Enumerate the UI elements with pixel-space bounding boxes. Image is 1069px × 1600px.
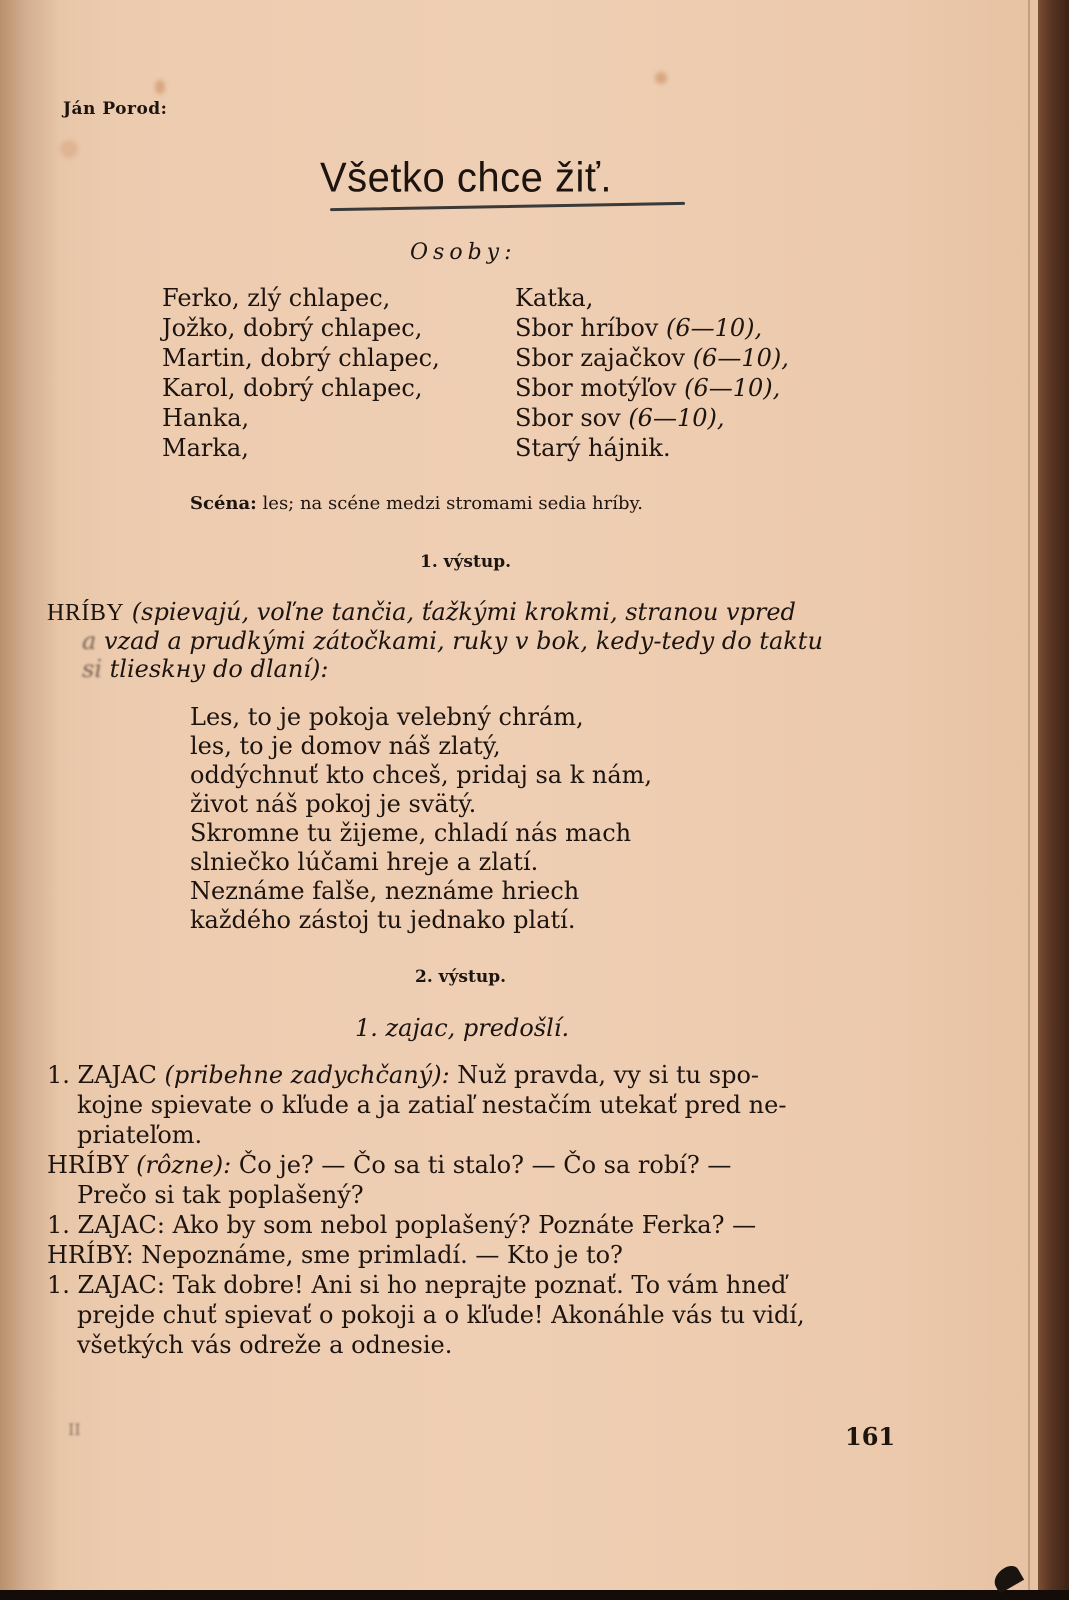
song-line: les, to je domov náš zlatý,: [190, 732, 652, 761]
scene-2-heading: 2. výstup.: [415, 967, 506, 987]
dialog-text: Čo je? — Čo sa ti stalo? — Čo sa robí? —: [231, 1151, 731, 1179]
cast-member: Marka,: [162, 433, 440, 463]
stage-text: tlieskну do dlaní):: [110, 655, 329, 683]
cast-member: Hanka,: [162, 403, 440, 433]
dialog-block: 1. ZAJAC (pribehne zadychčaný): Nuž prav…: [47, 1060, 907, 1360]
cast-member: Sbor hríbov (6—10),: [515, 313, 789, 343]
dialog-text: prejde chuť spievať o pokoji a o kľude! …: [47, 1300, 907, 1330]
cast-member: Karol, dobrý chlapec,: [162, 373, 440, 403]
dialog-entry: 1. ZAJAC: Tak dobre! Ani si ho neprajte …: [47, 1270, 907, 1360]
dialog-text: Nepoznáme, sme primladí. — Kto je to?: [134, 1241, 623, 1269]
scene-text: les; na scéne medzi stromami sedia hríby…: [257, 493, 643, 514]
song-verse: Les, to je pokoja velebný chrám, les, to…: [190, 703, 652, 935]
cast-name: Sbor hríbov: [515, 314, 666, 342]
page-number: 161: [845, 1422, 895, 1451]
page-edge-line: [1028, 0, 1030, 1590]
cast-count: (6—10),: [666, 314, 762, 342]
speaker-name: 1. ZAJAC: [47, 1271, 157, 1299]
dialog-text: Ako by som nebol poplašený? Poznáte Ferk…: [165, 1211, 756, 1239]
cast-count: (6—10),: [628, 404, 724, 432]
cast-name: Sbor zajačkov: [515, 344, 693, 372]
song-line: Skromne tu žijeme, chladí nás mach: [190, 819, 652, 848]
dialog-text: priateľom.: [47, 1120, 907, 1150]
speaker-name: 1. ZAJAC: [47, 1061, 157, 1089]
scene-description: Scéna: les; na scéne medzi stromami sedi…: [190, 493, 643, 514]
colon: :: [157, 1271, 165, 1299]
dialog-entry: HRÍBY (rôzne): Čo je? — Čo sa ti stalo? …: [47, 1150, 907, 1210]
cast-count: (6—10),: [693, 344, 789, 372]
play-title: Všetko chce žiť.: [320, 155, 612, 202]
paper-stain: [60, 140, 78, 158]
speaker-name: HRÍBY: [47, 1151, 129, 1179]
cast-member: Sbor sov (6—10),: [515, 403, 789, 433]
song-line: život náš pokoj je svätý.: [190, 790, 652, 819]
book-page: Ján Porod: Všetko chce žiť. Osoby: Ferko…: [0, 0, 1038, 1590]
colon: :: [157, 1211, 165, 1239]
cast-name: Starý hájnik.: [515, 434, 671, 462]
author-name: Ján Porod:: [63, 99, 167, 119]
blurred-text: si: [82, 655, 110, 683]
stage-direction: (spievajú, voľne tančia, ťažkými krokmi,…: [124, 598, 796, 626]
bottom-shadow: [0, 1590, 1069, 1600]
stage-direction-line: si tlieskну do dlaní):: [47, 655, 907, 683]
dialog-text: Tak dobre! Ani si ho neprajte poznať. To…: [165, 1271, 786, 1299]
cast-list-left: Ferko, zlý chlapec, Jožko, dobrý chlapec…: [162, 283, 440, 463]
dialog-entry: 1. ZAJAC (pribehne zadychčaný): Nuž prav…: [47, 1060, 907, 1150]
cast-list-right: Katka, Sbor hríbov (6—10), Sbor zajačkov…: [515, 283, 789, 463]
cast-name: Sbor sov: [515, 404, 628, 432]
cast-heading: Osoby:: [410, 240, 517, 265]
cast-member: Martin, dobrý chlapec,: [162, 343, 440, 373]
stage-direction: (pribehne zadychčaný):: [157, 1061, 450, 1089]
cast-member: Starý hájnik.: [515, 433, 789, 463]
dialog-text: Nuž pravda, vy si tu spo-: [450, 1061, 759, 1089]
song-line: každého zástoj tu jednako platí.: [190, 906, 652, 935]
speaker-name: 1. ZAJAC: [47, 1211, 157, 1239]
paper-stain: [155, 80, 165, 94]
cast-name: Katka,: [515, 284, 593, 312]
speaker-name: HRÍBY: [47, 600, 124, 626]
book-cover-edge: [1038, 0, 1069, 1600]
stage-text: vzad a prudkými zátočkami, ruky v bok, k…: [104, 627, 823, 655]
scene-label: Scéna:: [190, 493, 257, 514]
stage-direction-line: a vzad a prudkými zátočkami, ruky v bok,…: [47, 627, 907, 655]
song-line: oddýchnuť kto chceš, pridaj sa k nám,: [190, 761, 652, 790]
scene-2-subheading: 1. zajac, predošlí.: [355, 1014, 569, 1042]
song-line: Neznáme falše, neznáme hriech: [190, 877, 652, 906]
dialog-text: všetkých vás odreže a odnesie.: [47, 1330, 907, 1360]
dialog-entry: 1. ZAJAC: Ako by som nebol poplašený? Po…: [47, 1210, 907, 1240]
song-line: slniečko lúčami hreje a zlatí.: [190, 848, 652, 877]
cast-member: Sbor zajačkov (6—10),: [515, 343, 789, 373]
dialog-text: Prečo si tak poplašený?: [47, 1180, 907, 1210]
colon: :: [126, 1241, 134, 1269]
title-underline: [330, 202, 685, 211]
speaker-name: HRÍBY: [47, 1241, 126, 1269]
cast-member: Sbor motýľov (6—10),: [515, 373, 789, 403]
dialog-text: kojne spievate o kľude a ja zatiaľ nesta…: [47, 1090, 907, 1120]
paper-stain: [655, 72, 667, 84]
stage-direction-hriby: HRÍBY (spievajú, voľne tančia, ťažkými k…: [47, 598, 907, 683]
signature-mark: II: [68, 1420, 81, 1439]
scene-1-heading: 1. výstup.: [420, 552, 511, 572]
cast-member: Jožko, dobrý chlapec,: [162, 313, 440, 343]
blurred-text: a: [82, 627, 104, 655]
cast-count: (6—10),: [684, 374, 780, 402]
cast-member: Katka,: [515, 283, 789, 313]
stage-direction: (rôzne):: [129, 1151, 232, 1179]
cast-name: Sbor motýľov: [515, 374, 684, 402]
dialog-entry: HRÍBY: Nepoznáme, sme primladí. — Kto je…: [47, 1240, 907, 1270]
song-line: Les, to je pokoja velebný chrám,: [190, 703, 652, 732]
cast-member: Ferko, zlý chlapec,: [162, 283, 440, 313]
